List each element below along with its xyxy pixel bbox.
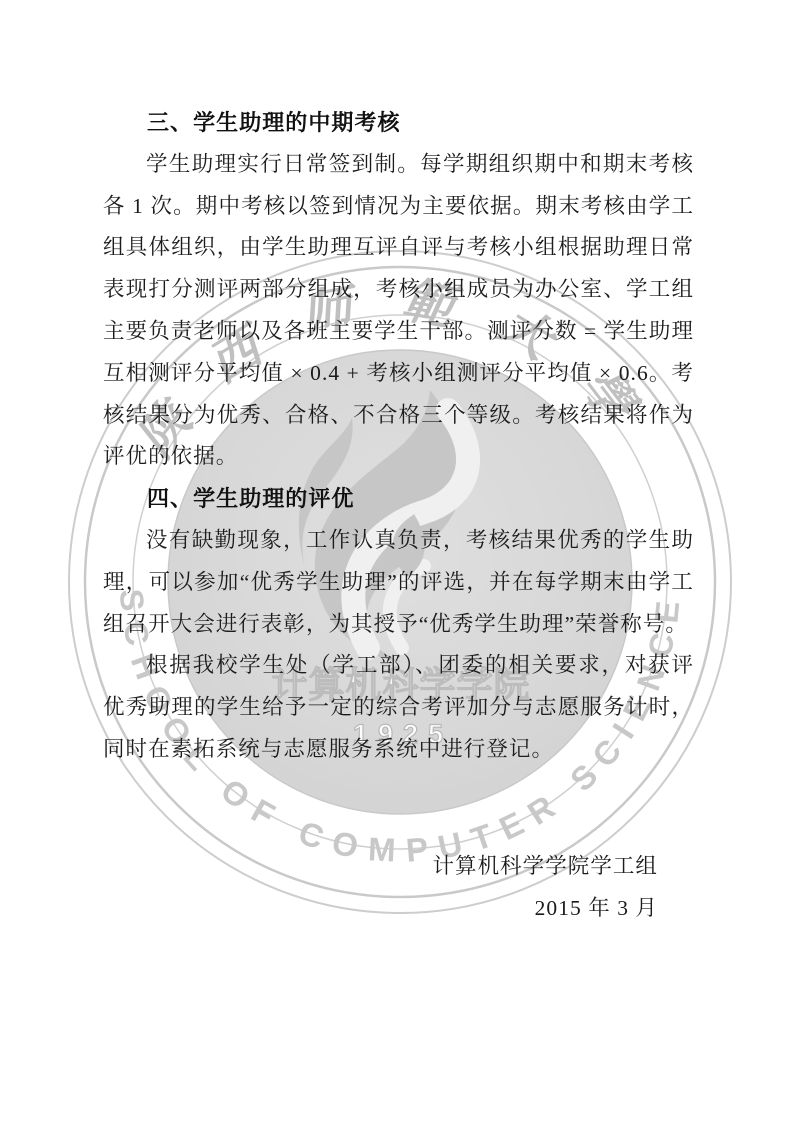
section-heading-3: 三、学生助理的中期考核 bbox=[103, 102, 694, 144]
section-4-paragraph-1: 没有缺勤现象，工作认真负责，考核结果优秀的学生助理，可以参加“优秀学生助理”的评… bbox=[103, 520, 694, 645]
signature-org: 计算机科学学院学工组 bbox=[103, 846, 658, 888]
document-page: 陕西师範大學 SCHOOL OF COMPUTER SCIENCE 计算机科学学… bbox=[0, 0, 794, 1123]
signature-date: 2015 年 3 月 bbox=[103, 888, 658, 930]
section-heading-4: 四、学生助理的评优 bbox=[103, 478, 694, 520]
section-3-paragraph: 学生助理实行日常签到制。每学期组织期中和期末考核各 1 次。期中考核以签到情况为… bbox=[103, 144, 694, 478]
signature-block: 计算机科学学院学工组 2015 年 3 月 bbox=[103, 846, 694, 930]
document-body: 三、学生助理的中期考核 学生助理实行日常签到制。每学期组织期中和期末考核各 1 … bbox=[103, 102, 694, 771]
section-4-paragraph-2: 根据我校学生处（学工部）、团委的相关要求，对获评优秀助理的学生给予一定的综合考评… bbox=[103, 645, 694, 770]
